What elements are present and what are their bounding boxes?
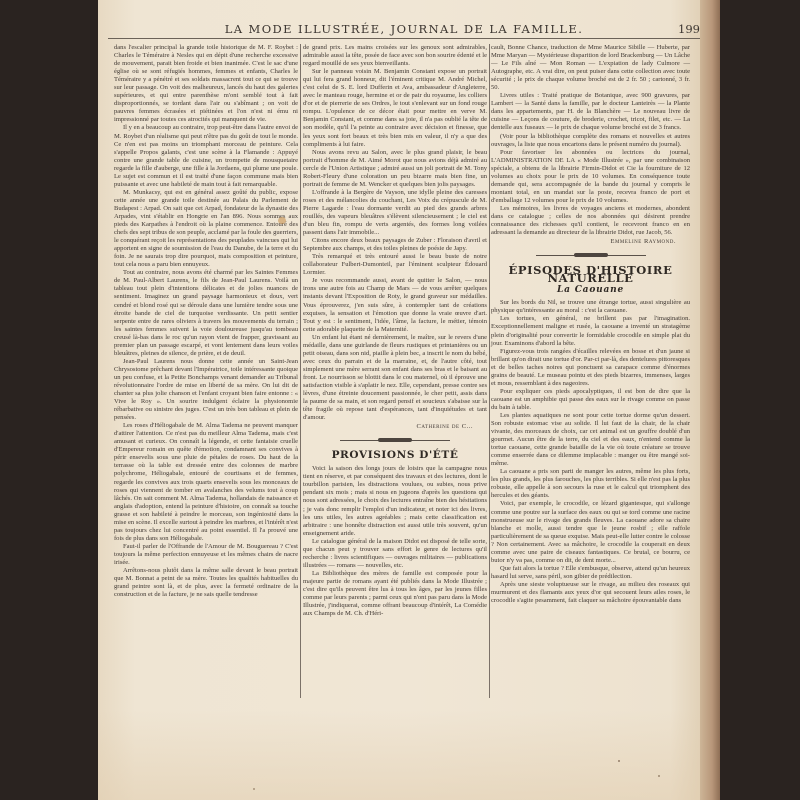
paragraph: Sur le panneau voisin M. Benjamin Consta… <box>303 68 487 148</box>
paragraph: Arrêtons-nous plutôt dans la même salle … <box>114 567 298 599</box>
page-number: 199 <box>678 22 700 36</box>
paragraph: dans l'escalier principal la grande toil… <box>114 44 298 124</box>
paragraph: Voici la saison des longs jours de loisi… <box>303 465 487 537</box>
paragraph: Après une sieste voluptueuse sur le riva… <box>491 581 690 605</box>
ornament-divider <box>340 437 450 443</box>
paper-stain <box>278 217 286 224</box>
paragraph: Pour expliquer ces pieds apocalyptiques,… <box>491 388 690 412</box>
paragraph: Je vous recommande aussi, avant de quitt… <box>303 277 487 333</box>
paragraph: Citons encore deux beaux paysages de Zub… <box>303 237 487 253</box>
paper-speck <box>658 775 660 777</box>
paragraph: Jean-Paul Laurens nous donne cette année… <box>114 358 298 422</box>
paragraph: Les mémoires, les livres de voyages anci… <box>491 205 690 237</box>
column-1: dans l'escalier principal la grande toil… <box>114 44 298 744</box>
paragraph: Livres utiles : Traité pratique de Botan… <box>491 92 690 132</box>
paragraph: Les roses d'Héliogabale de M. Alma Tadem… <box>114 422 298 543</box>
paragraph: La caouane a pris son parti de manger le… <box>491 468 690 500</box>
column-3: cault, Bonne Chance, traduction de Mme M… <box>491 44 690 764</box>
page-header: LA MODE ILLUSTRÉE, JOURNAL DE LA FAMILLE… <box>108 22 700 38</box>
paragraph: (Voir pour la bibliothèque complète des … <box>491 133 690 149</box>
paragraph: Voici, par exemple, le crocodile, ce léz… <box>491 500 690 564</box>
column-divider <box>489 44 490 698</box>
article-title: PROVISIONS D'ÉTÉ <box>303 451 487 459</box>
column-divider <box>300 44 301 698</box>
paragraph: Les tortues, en général, ne brillent pas… <box>491 315 690 347</box>
paragraph: Sur les bords du Nil, se trouve une étra… <box>491 299 690 315</box>
paragraph: Figurez-vous trois rangées d'écailles re… <box>491 348 690 388</box>
ornament-divider <box>536 252 646 258</box>
paragraph: L'offrande à la Bergère de Vayson, une i… <box>303 189 487 237</box>
column-2: de grand prix. Les mains croisées sur le… <box>303 44 487 744</box>
paper-speck <box>618 760 620 762</box>
page-edge <box>700 0 720 800</box>
journal-title: LA MODE ILLUSTRÉE, JOURNAL DE LA FAMILLE… <box>108 22 700 36</box>
paragraph: Tout au contraire, nous avons été charmé… <box>114 269 298 358</box>
paragraph: Les plantes aquatiques ne sont pour cett… <box>491 412 690 468</box>
paragraph: Un enfant lui étant né dernièrement, le … <box>303 334 487 423</box>
article-subtitle: La Caouane <box>491 286 690 294</box>
header-rule <box>108 38 700 39</box>
newspaper-page: LA MODE ILLUSTRÉE, JOURNAL DE LA FAMILLE… <box>98 0 720 800</box>
paragraph: M. Munkacsy, qui est en général assez go… <box>114 189 298 269</box>
paragraph: cault, Bonne Chance, traduction de Mme M… <box>491 44 690 92</box>
paragraph: Pour favoriser les abonnées ou lectrices… <box>491 149 690 205</box>
author-signature: Emmeline Raymond. <box>491 238 690 246</box>
paragraph: Le catalogue général de la maison Didot … <box>303 538 487 570</box>
paper-speck <box>253 788 255 790</box>
paragraph: de grand prix. Les mains croisées sur le… <box>303 44 487 68</box>
author-signature: Catherine de C... <box>303 423 487 431</box>
paragraph: Très remarqué et très entouré aussi le b… <box>303 253 487 277</box>
paragraph: La Bibliothèque des mères de famille est… <box>303 570 487 618</box>
paragraph: Nous avons revu au Salon, avec le plus g… <box>303 149 487 189</box>
paragraph: Il y en a beaucoup au contraire, trop pe… <box>114 124 298 188</box>
paragraph: Faut-il parler de l'Offrande de l'Amour … <box>114 543 298 567</box>
article-title: ÉPISODES D'HISTOIRE NATURELLE <box>491 266 690 282</box>
paragraph: Que fait alors la tortue ? Elle s'embusq… <box>491 565 690 581</box>
